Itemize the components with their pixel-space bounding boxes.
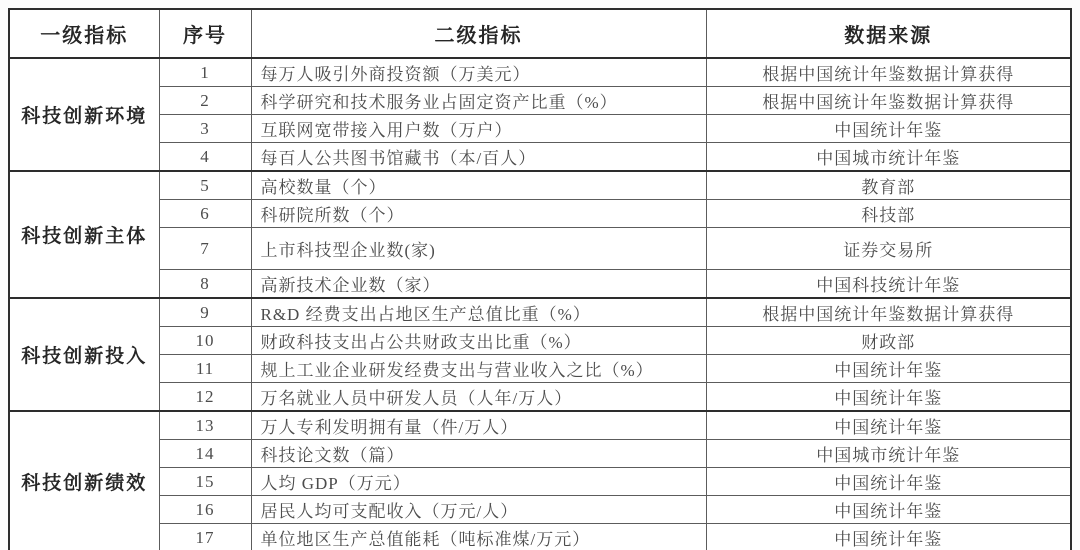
data-source-cell: 中国城市统计年鉴 bbox=[706, 440, 1071, 468]
secondary-indicator-cell: 科学研究和技术服务业占固定资产比重（%） bbox=[251, 87, 706, 115]
serial-number-cell: 16 bbox=[159, 496, 251, 524]
serial-number-cell: 3 bbox=[159, 115, 251, 143]
secondary-indicator-cell: 科技论文数（篇） bbox=[251, 440, 706, 468]
header-row: 一级指标序号二级指标数据来源 bbox=[9, 9, 1071, 58]
table-row: 12万名就业人员中研发人员（人年/万人）中国统计年鉴 bbox=[9, 383, 1071, 412]
serial-number-cell: 8 bbox=[159, 270, 251, 299]
serial-number-cell: 5 bbox=[159, 171, 251, 200]
data-source-cell: 财政部 bbox=[706, 327, 1071, 355]
column-header-secondary: 二级指标 bbox=[251, 9, 706, 58]
secondary-indicator-cell: R&D 经费支出占地区生产总值比重（%） bbox=[251, 298, 706, 327]
serial-number-cell: 6 bbox=[159, 200, 251, 228]
data-source-cell: 科技部 bbox=[706, 200, 1071, 228]
serial-number-cell: 4 bbox=[159, 143, 251, 172]
data-source-cell: 教育部 bbox=[706, 171, 1071, 200]
data-source-cell: 中国统计年鉴 bbox=[706, 468, 1071, 496]
secondary-indicator-cell: 单位地区生产总值能耗（吨标准煤/万元） bbox=[251, 524, 706, 550]
serial-number-cell: 12 bbox=[159, 383, 251, 412]
data-source-cell: 中国统计年鉴 bbox=[706, 355, 1071, 383]
table-row: 15人均 GDP（万元）中国统计年鉴 bbox=[9, 468, 1071, 496]
table-row: 7上市科技型企业数(家)证券交易所 bbox=[9, 228, 1071, 270]
table-header: 一级指标序号二级指标数据来源 bbox=[9, 9, 1071, 58]
serial-number-cell: 17 bbox=[159, 524, 251, 550]
indicator-group-1: 科技创新环境1每万人吸引外商投资额（万美元）根据中国统计年鉴数据计算获得2科学研… bbox=[9, 58, 1071, 171]
serial-number-cell: 2 bbox=[159, 87, 251, 115]
table-row: 11规上工业企业研发经费支出与营业收入之比（%）中国统计年鉴 bbox=[9, 355, 1071, 383]
column-header-primary: 一级指标 bbox=[9, 9, 159, 58]
secondary-indicator-cell: 高校数量（个） bbox=[251, 171, 706, 200]
table-row: 6科研院所数（个）科技部 bbox=[9, 200, 1071, 228]
serial-number-cell: 10 bbox=[159, 327, 251, 355]
indicator-group-3: 科技创新投入9R&D 经费支出占地区生产总值比重（%）根据中国统计年鉴数据计算获… bbox=[9, 298, 1071, 411]
table-row: 科技创新绩效13万人专利发明拥有量（件/万人）中国统计年鉴 bbox=[9, 411, 1071, 440]
data-source-cell: 中国统计年鉴 bbox=[706, 383, 1071, 412]
table-row: 17单位地区生产总值能耗（吨标准煤/万元）中国统计年鉴 bbox=[9, 524, 1071, 550]
secondary-indicator-cell: 人均 GDP（万元） bbox=[251, 468, 706, 496]
data-source-cell: 中国统计年鉴 bbox=[706, 411, 1071, 440]
table-row: 3互联网宽带接入用户数（万户）中国统计年鉴 bbox=[9, 115, 1071, 143]
table-row: 16居民人均可支配收入（万元/人）中国统计年鉴 bbox=[9, 496, 1071, 524]
serial-number-cell: 7 bbox=[159, 228, 251, 270]
serial-number-cell: 14 bbox=[159, 440, 251, 468]
column-header-source: 数据来源 bbox=[706, 9, 1071, 58]
secondary-indicator-cell: 上市科技型企业数(家) bbox=[251, 228, 706, 270]
table-row: 科技创新投入9R&D 经费支出占地区生产总值比重（%）根据中国统计年鉴数据计算获… bbox=[9, 298, 1071, 327]
table-row: 2科学研究和技术服务业占固定资产比重（%）根据中国统计年鉴数据计算获得 bbox=[9, 87, 1071, 115]
secondary-indicator-cell: 互联网宽带接入用户数（万户） bbox=[251, 115, 706, 143]
table-row: 4每百人公共图书馆藏书（本/百人）中国城市统计年鉴 bbox=[9, 143, 1071, 172]
table-row: 8高新技术企业数（家）中国科技统计年鉴 bbox=[9, 270, 1071, 299]
data-source-cell: 中国统计年鉴 bbox=[706, 115, 1071, 143]
primary-indicator-cell: 科技创新绩效 bbox=[9, 411, 159, 550]
secondary-indicator-cell: 规上工业企业研发经费支出与营业收入之比（%） bbox=[251, 355, 706, 383]
column-header-no: 序号 bbox=[159, 9, 251, 58]
serial-number-cell: 11 bbox=[159, 355, 251, 383]
secondary-indicator-cell: 万名就业人员中研发人员（人年/万人） bbox=[251, 383, 706, 412]
data-source-cell: 根据中国统计年鉴数据计算获得 bbox=[706, 298, 1071, 327]
table-row: 科技创新环境1每万人吸引外商投资额（万美元）根据中国统计年鉴数据计算获得 bbox=[9, 58, 1071, 87]
secondary-indicator-cell: 高新技术企业数（家） bbox=[251, 270, 706, 299]
secondary-indicator-cell: 每万人吸引外商投资额（万美元） bbox=[251, 58, 706, 87]
serial-number-cell: 9 bbox=[159, 298, 251, 327]
table-row: 科技创新主体5高校数量（个）教育部 bbox=[9, 171, 1071, 200]
secondary-indicator-cell: 居民人均可支配收入（万元/人） bbox=[251, 496, 706, 524]
indicator-table: 一级指标序号二级指标数据来源 科技创新环境1每万人吸引外商投资额（万美元）根据中… bbox=[8, 8, 1072, 550]
data-source-cell: 中国统计年鉴 bbox=[706, 496, 1071, 524]
indicator-group-2: 科技创新主体5高校数量（个）教育部6科研院所数（个）科技部7上市科技型企业数(家… bbox=[9, 171, 1071, 298]
data-source-cell: 中国城市统计年鉴 bbox=[706, 143, 1071, 172]
secondary-indicator-cell: 万人专利发明拥有量（件/万人） bbox=[251, 411, 706, 440]
secondary-indicator-cell: 科研院所数（个） bbox=[251, 200, 706, 228]
primary-indicator-cell: 科技创新投入 bbox=[9, 298, 159, 411]
primary-indicator-cell: 科技创新环境 bbox=[9, 58, 159, 171]
table-row: 10财政科技支出占公共财政支出比重（%）财政部 bbox=[9, 327, 1071, 355]
serial-number-cell: 13 bbox=[159, 411, 251, 440]
table-row: 14科技论文数（篇）中国城市统计年鉴 bbox=[9, 440, 1071, 468]
data-source-cell: 证券交易所 bbox=[706, 228, 1071, 270]
serial-number-cell: 1 bbox=[159, 58, 251, 87]
primary-indicator-cell: 科技创新主体 bbox=[9, 171, 159, 298]
data-source-cell: 根据中国统计年鉴数据计算获得 bbox=[706, 58, 1071, 87]
data-source-cell: 根据中国统计年鉴数据计算获得 bbox=[706, 87, 1071, 115]
secondary-indicator-cell: 每百人公共图书馆藏书（本/百人） bbox=[251, 143, 706, 172]
serial-number-cell: 15 bbox=[159, 468, 251, 496]
secondary-indicator-cell: 财政科技支出占公共财政支出比重（%） bbox=[251, 327, 706, 355]
data-source-cell: 中国科技统计年鉴 bbox=[706, 270, 1071, 299]
indicator-table-container: 一级指标序号二级指标数据来源 科技创新环境1每万人吸引外商投资额（万美元）根据中… bbox=[8, 8, 1072, 550]
data-source-cell: 中国统计年鉴 bbox=[706, 524, 1071, 550]
indicator-group-4: 科技创新绩效13万人专利发明拥有量（件/万人）中国统计年鉴14科技论文数（篇）中… bbox=[9, 411, 1071, 550]
